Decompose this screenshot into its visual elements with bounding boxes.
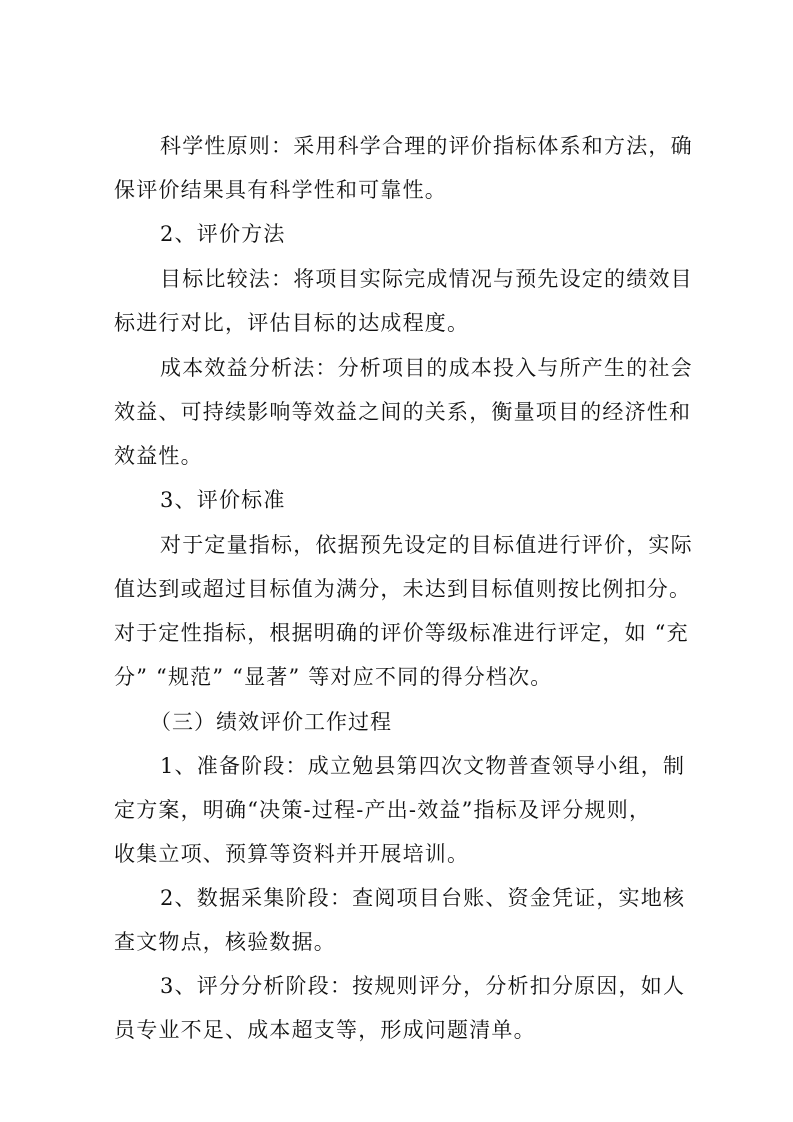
standard-line-2: 值达到或超过目标值为满分，未达到目标值则按比例扣分。 <box>114 573 694 605</box>
stage-preparation-line-1: 1、准备阶段：成立勉县第四次文物普查领导小组，制 <box>160 750 740 782</box>
method-cost-benefit-line-2: 效益、可持续影响等效益之间的关系，衡量项目的经济性和 <box>114 396 694 428</box>
method-target-comparison-line-1: 目标比较法：将项目实际完成情况与预先设定的绩效目 <box>160 263 740 295</box>
principle-scientific-line-2: 保评价结果具有科学性和可靠性。 <box>114 174 694 206</box>
document-page: 科学性原则：采用科学合理的评价指标体系和方法，确 保评价结果具有科学性和可靠性。… <box>0 0 793 1122</box>
principle-scientific-line-1: 科学性原则：采用科学合理的评价指标体系和方法，确 <box>160 130 740 162</box>
subheading-evaluation-method: 2、评价方法 <box>160 218 740 250</box>
stage-data-collection-line-2: 查文物点，核验数据。 <box>114 926 694 958</box>
stage-data-collection-line-1: 2、数据采集阶段：查阅项目台账、资金凭证，实地核 <box>160 882 740 914</box>
method-cost-benefit-line-3: 效益性。 <box>114 440 694 472</box>
standard-line-3: 对于定性指标，根据明确的评价等级标准进行评定，如 “充 <box>114 617 694 649</box>
standard-line-4: 分” “规范” “显著” 等对应不同的得分档次。 <box>114 661 694 693</box>
stage-scoring-line-2: 员专业不足、成本超支等，形成问题清单。 <box>114 1014 694 1046</box>
subsection-heading-process: （三）绩效评价工作过程 <box>150 706 730 738</box>
subheading-evaluation-standard: 3、评价标准 <box>160 484 740 516</box>
method-cost-benefit-line-1: 成本效益分析法：分析项目的成本投入与所产生的社会 <box>160 352 740 384</box>
stage-preparation-line-2: 定方案，明确“决策-过程-产出-效益”指标及评分规则， <box>114 794 694 826</box>
stage-scoring-line-1: 3、评分分析阶段：按规则评分，分析扣分原因，如人 <box>160 970 740 1002</box>
standard-line-1: 对于定量指标，依据预先设定的目标值进行评价，实际 <box>160 529 740 561</box>
method-target-comparison-line-2: 标进行对比，评估目标的达成程度。 <box>114 307 694 339</box>
stage-preparation-line-3: 收集立项、预算等资料并开展培训。 <box>114 838 694 870</box>
